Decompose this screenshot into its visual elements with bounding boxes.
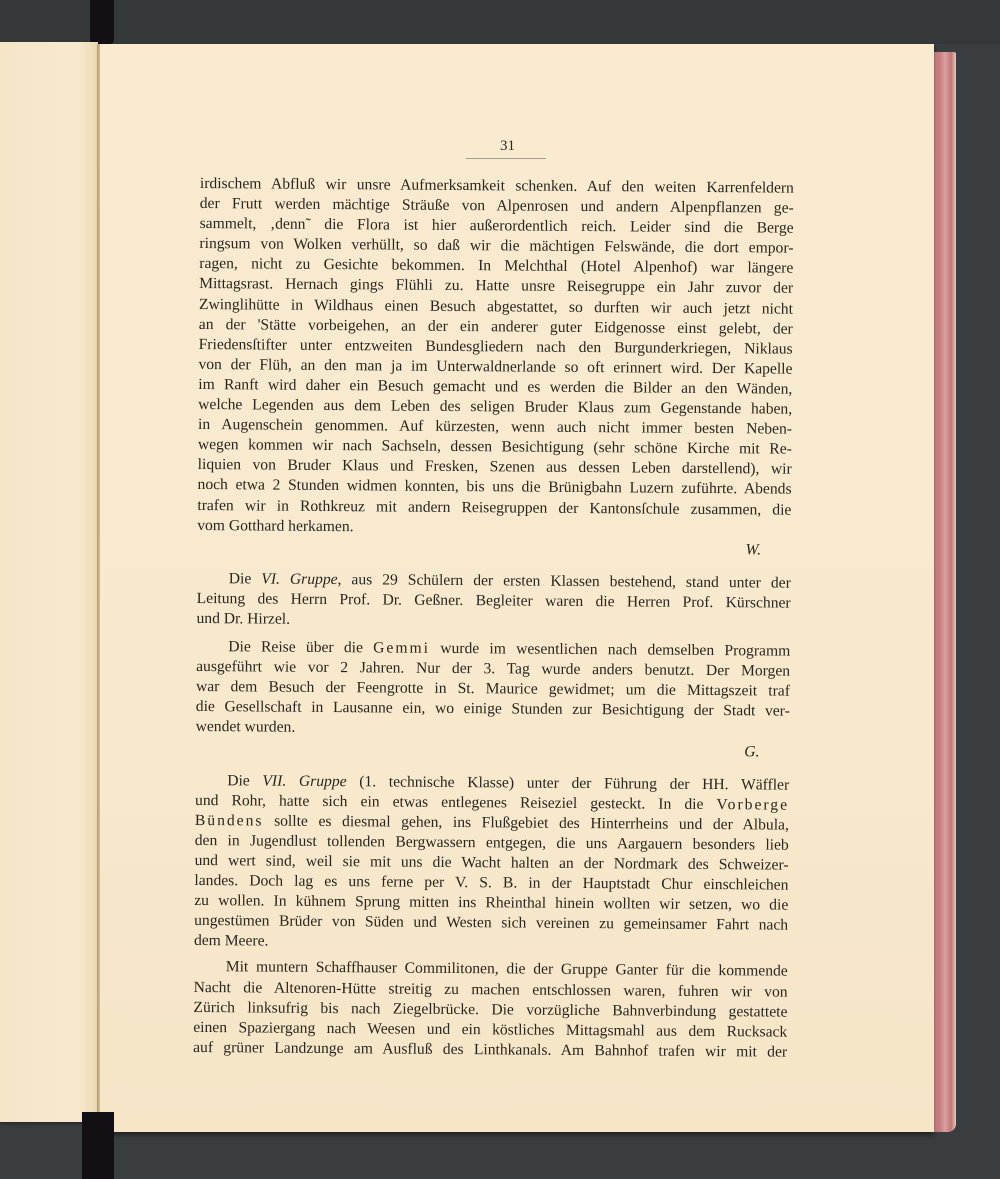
text-run: Die [227,772,262,789]
bookmark-ribbon-top [90,0,114,44]
paragraph-schaffhauser: Mit muntern Schaffhauser Commilitonen, d… [193,957,788,1062]
text-run: Die Reise über die [228,638,373,656]
place-name-spaced: Vorberge [716,796,789,814]
page-edge-stack [932,52,956,1132]
book-gutter [97,44,100,1114]
left-page [0,42,98,1122]
page-body-text: irdischem Abfluß wir unsre Aufmerksamkei… [193,174,794,1063]
place-name-spaced: Bündens [195,812,264,830]
paragraph-gruppe-vi: Die VI. Gruppe, aus 29 Schülern der erst… [196,569,790,634]
bookmark-ribbon-bottom [82,1112,114,1179]
page-number-rule [466,158,546,159]
text-run: wurde im wesentlichen nach demselben Pro… [430,640,790,660]
place-name-spaced: Gemmi [373,639,430,656]
text-run: (1. technische Klasse) unter der Führung… [347,773,790,793]
group-name-italic: VII. Gruppe [262,772,346,790]
text-run: Die [229,570,262,587]
text-run: sollte es diesmal gehen, ins Flußgebiet … [263,812,789,833]
scanner-background [0,0,1000,44]
page-number: 31 [470,138,545,155]
text-run: , aus 29 Schülern der ersten Klassen bes… [338,571,791,592]
paragraph-gruppe-vii: Die VII. Gruppe (1. technische Klasse) u… [194,771,789,957]
paragraph-gemmi: Die Reise über die Gemmi wurde im wesent… [195,637,790,762]
paragraph-melchthal: irdischem Abfluß wir unsre Aufmerksamkei… [197,174,794,560]
text-run: und Rohr, hatte sich ein etwas entlegene… [195,792,717,813]
group-name-italic: VI. Gruppe [261,570,337,588]
